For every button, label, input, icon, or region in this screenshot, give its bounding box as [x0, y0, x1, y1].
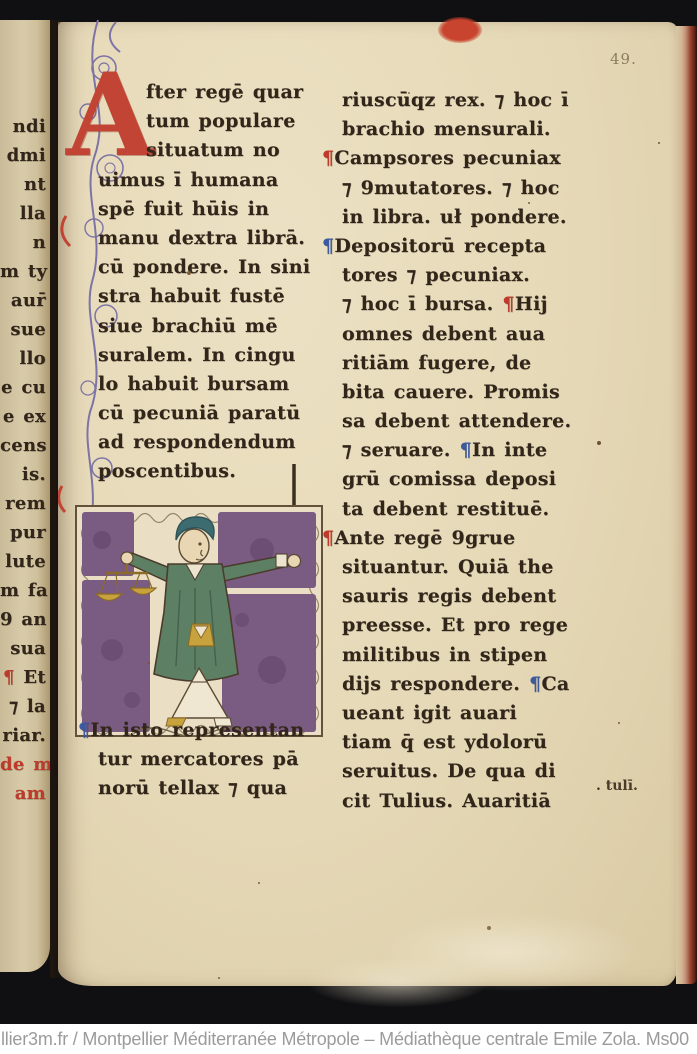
text-segment: spē fuit hūis in [98, 198, 269, 220]
text-segment: cens [0, 435, 47, 456]
book-page-edges [676, 26, 697, 984]
text-line: in libra. uł pondere. [342, 203, 662, 232]
red-stain [438, 17, 482, 43]
text-line: nt [0, 170, 46, 199]
text-line: ¶Ante regē 9grue [342, 524, 662, 553]
text-line: tores ⁊ pecuniax. [342, 261, 662, 290]
text-line: is. [0, 460, 46, 489]
text-line: manu dextra librā. [98, 224, 343, 253]
text-segment: e ex [3, 406, 46, 427]
text-segment: fter regē quar [146, 81, 303, 103]
text-segment: sauris regis debent [342, 585, 556, 607]
text-line: tiam q̄ est ydolorū [342, 728, 662, 757]
text-segment: siue brachiū mē [98, 315, 278, 337]
right-text-column: riuscūqz rex. ⁊ hoc ībrachio mensurali.¶… [342, 86, 662, 816]
text-line: ueant igit auari [342, 699, 662, 728]
facing-page-text-fragments: ndidmintllanm tyaur̄suelloe cue excensis… [0, 112, 46, 808]
text-segment: cū pondere. In sini [98, 256, 310, 278]
text-line: cū pecuniā paratū [98, 399, 343, 428]
text-segment: ndi [13, 116, 46, 137]
text-line: riar. [0, 721, 46, 750]
folio-number: 49. [610, 50, 637, 68]
text-line: dmi [0, 141, 46, 170]
text-segment: is. [22, 464, 46, 485]
text-line: sauris regis debent [342, 582, 662, 611]
text-line: spē fuit hūis in [98, 195, 343, 224]
text-line: m fa [0, 576, 46, 605]
text-segment: manu dextra librā. [98, 227, 305, 249]
text-line: omnes debent aua [342, 320, 662, 349]
text-segment: rem [5, 493, 46, 514]
text-segment: riar. [2, 725, 46, 746]
margin-note: . tulī. [596, 778, 638, 794]
text-segment: bita cauere. Promis [342, 381, 560, 403]
text-segment: uimus ī humana [98, 169, 278, 191]
text-line: ndi [0, 112, 46, 141]
text-segment: riuscūqz rex. ⁊ hoc ī [342, 89, 569, 111]
text-segment: sua [10, 638, 46, 659]
parchment-stain [308, 957, 488, 1007]
text-segment: ta debent restituē. [342, 498, 549, 520]
text-segment: In inte [472, 439, 547, 461]
text-line: ⁊ la [0, 692, 46, 721]
text-segment: lla [20, 203, 46, 224]
text-segment: dmi [7, 145, 46, 166]
text-segment: in libra. uł pondere. [342, 206, 567, 228]
text-line: stra habuit fustē [98, 282, 343, 311]
text-line: situatum no [98, 136, 343, 165]
text-line: 9 an [0, 605, 46, 634]
text-segment: sue [10, 319, 46, 340]
text-segment: dijs respondere. [342, 673, 529, 695]
text-line: sua [0, 634, 46, 663]
text-segment: militibus in stipen [342, 644, 547, 666]
manuscript-photo: ndidmintllanm tyaur̄suelloe cue excensis… [0, 0, 697, 1054]
text-line: uimus ī humana [98, 166, 343, 195]
facing-page-edge: ndidmintllanm tyaur̄suelloe cue excensis… [0, 20, 50, 972]
text-line: riuscūqz rex. ⁊ hoc ī [342, 86, 662, 115]
text-line: ¶ Et [0, 663, 46, 692]
text-line: e ex [0, 402, 46, 431]
text-segment: tiam q̄ est ydolorū [342, 731, 547, 753]
text-segment: e cu [1, 377, 46, 398]
text-line: lute [0, 547, 46, 576]
text-segment: pur [10, 522, 46, 543]
text-line: llo [0, 344, 46, 373]
text-segment: nt [24, 174, 46, 195]
text-line: sa debent attendere. [342, 407, 662, 436]
text-line: ⁊ seruare. ¶In inte [342, 436, 662, 465]
text-line: lla [0, 199, 46, 228]
text-line: tum populare [98, 107, 343, 136]
text-line: brachio mensurali. [342, 115, 662, 144]
text-segment: brachio mensurali. [342, 118, 551, 140]
text-segment: seruitus. De qua di [342, 760, 556, 782]
text-segment: ⁊ 9mutatores. ⁊ hoc [342, 177, 560, 199]
text-line: cū pondere. In sini [98, 253, 343, 282]
paraph-mark: ¶ [502, 293, 514, 315]
paraph-mark: ¶ [529, 673, 541, 695]
text-line: fter regē quar [98, 78, 343, 107]
text-segment: lo habuit bursam [98, 373, 289, 395]
text-segment: 9 an [0, 609, 47, 630]
text-line: ¶Campsores pecuniax [342, 144, 662, 173]
text-segment: ⁊ hoc ī bursa. [342, 293, 502, 315]
text-segment: ueant igit auari [342, 702, 517, 724]
text-below-miniature: ¶In isto representantur mercatores pānor… [98, 716, 348, 804]
merchant-miniature [72, 460, 330, 748]
text-segment: Ca [541, 673, 569, 695]
text-line: m ty [0, 257, 46, 286]
text-segment: grū comissa deposi [342, 468, 556, 490]
text-line: e cu [0, 373, 46, 402]
text-segment: preesse. Et pro rege [342, 614, 568, 636]
text-line: ritiām fugere, de [342, 349, 662, 378]
text-segment: tur mercatores pā [98, 748, 299, 770]
text-segment: Campsores pecuniax [334, 147, 560, 169]
text-segment: tum populare [146, 110, 296, 132]
text-line: preesse. Et pro rege [342, 611, 662, 640]
paraph-mark: ¶ [322, 235, 334, 257]
parchment-specks [58, 22, 60, 24]
text-line: situantur. Quiā the [342, 553, 662, 582]
text-segment: cit Tulius. Auaritiā [342, 790, 551, 812]
text-line: ¶Depositorū recepta [342, 232, 662, 261]
text-segment: aur̄ [11, 290, 46, 311]
text-line: militibus in stipen [342, 641, 662, 670]
text-segment: situatum no [146, 139, 280, 161]
text-segment: m ty [0, 261, 47, 282]
text-segment: situantur. Quiā the [342, 556, 554, 578]
text-line: siue brachiū mē [98, 312, 343, 341]
text-segment: lute [5, 551, 46, 572]
manuscript-page: 49. A fter regē quartum popularesituatum… [58, 22, 678, 986]
text-line: suralem. In cingu [98, 341, 343, 370]
text-segment: Hij [515, 293, 548, 315]
text-segment: sa debent attendere. [342, 410, 571, 432]
text-line: ¶In isto representan [98, 716, 348, 745]
paraph-mark: ¶ [460, 439, 472, 461]
text-segment: In isto representan [90, 719, 304, 741]
paraph-mark: am [15, 783, 46, 804]
text-line: de ma [0, 750, 46, 779]
left-text-column: fter regē quartum popularesituatum nouim… [98, 78, 343, 487]
paraph-mark: de ma [0, 754, 50, 775]
text-segment: norū tellax ⁊ qua [98, 777, 287, 799]
text-segment: Depositorū recepta [334, 235, 546, 257]
text-segment: omnes debent aua [342, 323, 545, 345]
text-segment: tores ⁊ pecuniax. [342, 264, 530, 286]
text-segment: ⁊ seruare. [342, 439, 460, 461]
text-line: grū comissa deposi [342, 465, 662, 494]
text-line: aur̄ [0, 286, 46, 315]
text-segment: ritiām fugere, de [342, 352, 531, 374]
paraph-mark: ¶ [3, 667, 23, 688]
face [179, 529, 209, 563]
text-segment: n [33, 232, 46, 253]
caption-text: llier3m.fr / Montpellier Méditerranée Mé… [1, 1024, 697, 1054]
text-segment: Ante regē 9grue [334, 527, 515, 549]
text-line: bita cauere. Promis [342, 378, 662, 407]
text-line: sue [0, 315, 46, 344]
text-segment: ⁊ la [9, 696, 46, 717]
text-line: n [0, 228, 46, 257]
text-segment: cū pecuniā paratū [98, 402, 300, 424]
text-line: dijs respondere. ¶Ca [342, 670, 662, 699]
text-line: rem [0, 489, 46, 518]
gripping-hand [288, 555, 301, 568]
text-segment: Et [23, 667, 46, 688]
text-line: cens [0, 431, 46, 460]
text-segment: llo [19, 348, 46, 369]
text-line: ⁊ hoc ī bursa. ¶Hij [342, 290, 662, 319]
caption-bar: llier3m.fr / Montpellier Méditerranée Mé… [0, 1024, 697, 1054]
text-line: pur [0, 518, 46, 547]
text-line: norū tellax ⁊ qua [98, 774, 348, 803]
text-line: am [0, 779, 46, 808]
text-line: ad respondendum [98, 428, 343, 457]
text-segment: stra habuit fustē [98, 285, 285, 307]
text-line: lo habuit bursam [98, 370, 343, 399]
text-segment: suralem. In cingu [98, 344, 296, 366]
text-line: ta debent restituē. [342, 495, 662, 524]
paraph-mark: ¶ [322, 147, 334, 169]
text-line: ⁊ 9mutatores. ⁊ hoc [342, 174, 662, 203]
paraph-mark: ¶ [78, 719, 90, 741]
text-segment: ad respondendum [98, 431, 296, 453]
text-line: tur mercatores pā [98, 745, 348, 774]
text-segment: m fa [0, 580, 48, 601]
